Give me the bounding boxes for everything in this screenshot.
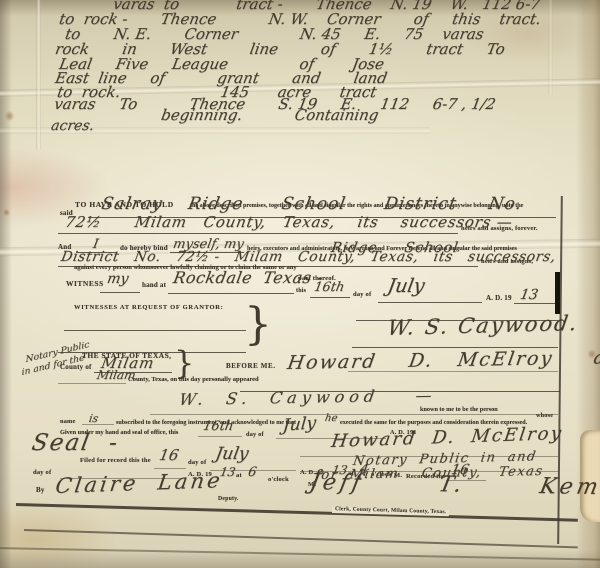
stain-spot [5,110,14,122]
scanned-deed-page: varas to tract - Thence N. 19 W. 112 6-7… [0,0,600,568]
curly-brace: } [244,303,272,347]
ruled-line [100,292,140,293]
bottom-rule [16,503,578,522]
fill-given-day: 16th [202,420,234,433]
fill-filed-day: 16 [158,448,180,463]
binding-mark [555,272,560,314]
by-label: By [36,487,45,494]
bottom-rule [24,529,578,548]
at-label: at [236,473,242,480]
oclock-label: o'clock [268,477,289,484]
signature-notary: Howard D. McElroy [330,425,564,451]
ruled-line [310,297,350,298]
ruled-line [64,330,246,331]
witness-label: WITNESS [66,280,104,288]
ruled-line [82,424,114,425]
curly-brace: } [174,347,194,379]
signature-deputy: Claire Lane [54,470,224,497]
day-of-label: day of [246,432,264,438]
ruled-line [514,303,556,304]
name-label: name [60,419,76,425]
day-of-label: day of [188,460,206,467]
fill-he: he [324,414,338,424]
heirs-assigns-label: heirs and assigns, [481,259,533,266]
ruled-line [58,233,458,234]
ruled-line [198,436,242,437]
seal-annotation: Seal - [30,432,121,455]
fill-grantor-name-ack: W. S. Caywood — [178,388,438,408]
fill-hour-2: 6 [247,466,258,479]
metes-line: beginning. Containing [160,108,380,123]
day-of-label: day of [33,470,51,477]
filed-for-record-label: Filed for record this the [80,458,151,465]
fill-my: my [106,272,130,286]
fill-filed-month: July [214,446,250,463]
fill-grantee-name-1: Salray Ridge School District No. [100,196,523,213]
signature-grantor: W. S. Caywood. [386,313,580,339]
metes-line: acres. [50,119,95,133]
this-label: this [296,288,306,294]
before-me-label: BEFORE ME. [226,363,276,370]
stain-spot [3,208,10,217]
fill-is: is [88,413,99,424]
fill-given-month: July [282,415,317,435]
fill-day: 16th [313,281,345,294]
ruled-line [58,383,126,384]
ad-19-label: A. D. 19 [486,295,512,302]
fold-crease [548,0,553,95]
deputy-label: Deputy. [218,497,239,503]
fill-notary-name: Howard D. McElroy a [286,348,600,373]
ruled-line [378,302,482,303]
fill-year: 13 [519,288,539,302]
hand-at-label: hand at [142,282,166,289]
fill-month: July [386,277,426,296]
fill-grantee-name-2: 72½ Milam County, Texas, its successors … [64,215,514,230]
fill-place: Rockdale Texas - [172,270,324,286]
known-person-clause: known to me to be the person [420,407,498,413]
day-of-label: day of [353,292,371,299]
scan-shadow-left [0,0,12,568]
ruled-line [150,414,558,415]
signature-clerk: Jeff T. Kemp [308,472,600,499]
fold-crease [36,0,41,150]
personally-appeared-clause: County, Texas, on this day personally ap… [128,377,259,384]
witnesses-request-label: WITNESSES AT REQUEST OF GRANTOR: [74,305,224,312]
ruled-line [168,293,294,294]
